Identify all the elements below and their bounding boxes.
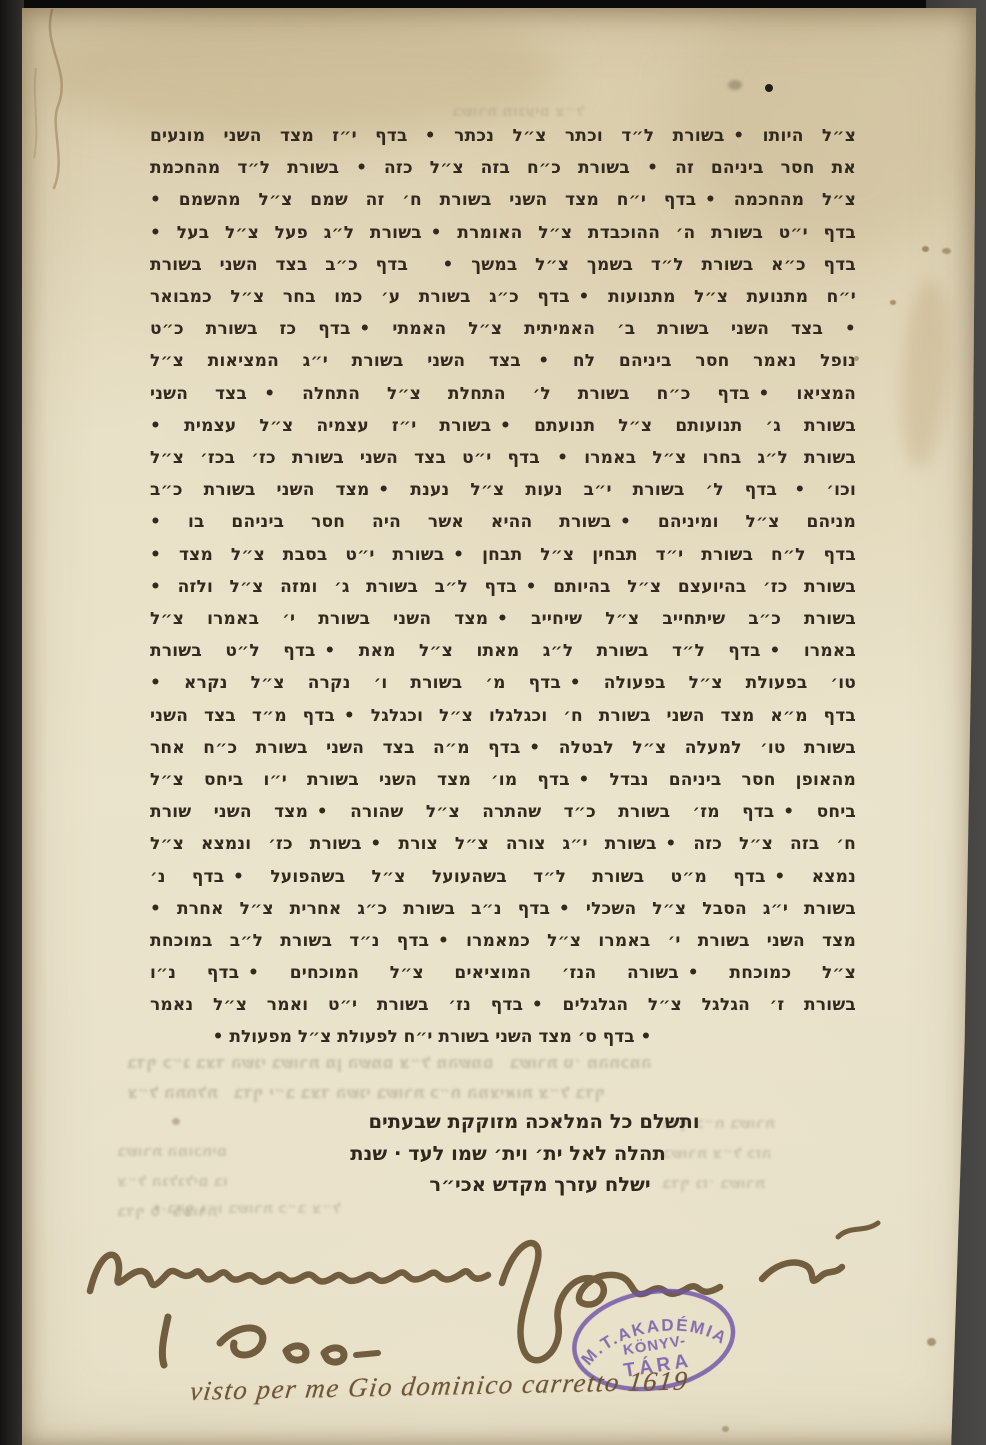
errata-line: המציאו • בדף כ״ח בשורת ל׳ התחלת צ״ל התחל… <box>150 378 856 410</box>
inscription-stroke <box>286 1346 306 1360</box>
scan-background-left <box>0 0 24 1445</box>
corner-pen-mark <box>22 8 132 208</box>
paper-speck <box>942 248 951 254</box>
inscription-stroke <box>162 1317 168 1365</box>
errata-line: בדף כ״א בשורת ל״ד בשמך צ״ל במשך • בדף כ״… <box>150 249 856 281</box>
errata-line: צ״ל כמוכחת • בשורה הנז׳ המוציאים צ״ל המו… <box>150 957 856 989</box>
bleedthrough-line: בדף כ״ג בצד השני בשורת מן השמם צ״ל מהשמם… <box>127 1048 842 1078</box>
inscription-stroke <box>762 1263 842 1281</box>
colophon-line: ישלח עזרך מקדש אכי״ר <box>290 1169 790 1201</box>
inscription-stroke <box>356 1353 378 1355</box>
errata-line: נופל נאמר חסר ביניהם לח • בצד השני בשורת… <box>150 345 856 377</box>
errata-line: בדף ל״ח בשורת י״ד תבחין צ״ל תבחן • בשורת… <box>150 539 856 571</box>
errata-line: ח׳ בזה צ״ל כזה • בשורת י״ג צורה צ״ל צורת… <box>150 828 856 860</box>
bleedthrough-line: צ״ל התחלת בדף י״ב בצד השני בשורת כ״ח המצ… <box>127 1078 842 1108</box>
inscription-stroke <box>220 1328 263 1355</box>
errata-line: בדף מ״א מצד השני בשורת ח׳ וכגלגלו צ״ל וכ… <box>150 700 856 732</box>
errata-line: • בצד השני בשורת ב׳ האמיתית צ״ל האמתי • … <box>150 313 856 345</box>
errata-line: מצד השני בשורת י׳ באמרו צ״ל כמאמרו • בדף… <box>150 925 856 957</box>
bleedthrough-line: בשורת המוכחים <box>117 1136 228 1166</box>
errata-line: בשורת ג׳ תנועותם צ״ל תנועתם • בשורת י״ז … <box>150 410 856 442</box>
errata-line: ביחס • בדף מז׳ בשורת כ״ד שהתרה צ״ל שהורה… <box>150 796 856 828</box>
inscription-stroke <box>324 1348 344 1362</box>
paper-speck <box>927 1338 936 1346</box>
paper-speck <box>890 300 896 305</box>
stain <box>895 277 954 470</box>
errata-line: טו׳ בפעולת צ״ל בפעולה • בדף מ׳ בשורת ו׳ … <box>150 667 856 699</box>
errata-line: בשורת ל״ג בחרו צ״ל באמרו • בדף י״ט בצד ה… <box>150 442 856 474</box>
paper-speck <box>722 1426 729 1432</box>
errata-line: מהאופן חסר ביניהם נבדל • בדף מו׳ מצד השנ… <box>150 764 856 796</box>
errata-line: צ״ל מהחכמה • בדף י״ח מצד השני בשורת ח׳ ז… <box>150 184 856 216</box>
inscription-stroke <box>90 1255 488 1291</box>
errata-line: בשורת כ״ב שיתחייב צ״ל שיחייב • מצד השני … <box>150 603 856 635</box>
handwritten-inscription <box>72 1203 922 1378</box>
printers-dot <box>765 84 773 92</box>
errata-line: בדף י״ט בשורת ה׳ ההוכבדת צ״ל האומרת • בש… <box>150 217 856 249</box>
errata-line: צ״ל היותו • בשורת ל״ד וכתר צ״ל נכתר • בד… <box>150 120 856 152</box>
errata-line: בשורת ז׳ הגלגל צ״ל הגלגלים • בדף נז׳ בשו… <box>150 989 856 1021</box>
errata-line: י״ח מתנועת צ״ל מתנועות • בדף כ״ג בשורת ע… <box>150 281 856 313</box>
errata-line: באמרו • בדף ל״ד בשורת ל״ג מאתו צ״ל מאת •… <box>150 635 856 667</box>
colophon-line: ותשלם כל המלאכה מזוקקת שבעתים <box>284 1106 784 1138</box>
colophon: ותשלם כל המלאכה מזוקקת שבעתיםתהלה לאל ית… <box>290 1106 790 1201</box>
book-page: בשורת מונעים צ״ל צ״ל היותו • בשורת ל״ד ו… <box>22 8 978 1445</box>
paper-speck <box>922 246 929 252</box>
scanned-book-page-screenshot: { "document": { "errata_lines": [ "צ״ל ה… <box>0 0 986 1445</box>
errata-line: בשורת כז׳ בהיועצם צ״ל בהיותם • בדף ל״ב ב… <box>150 571 856 603</box>
scan-border-top <box>0 0 986 9</box>
errata-line: את חסר ביניהם זה • בשורת כ״ח בזה צ״ל כזה… <box>150 152 856 184</box>
errata-line: מניהם צ״ל ומיניהם • בשורת ההיא אשר היה ח… <box>150 506 856 538</box>
inscription-stroke <box>838 1223 878 1237</box>
paper-speck <box>172 1118 180 1125</box>
errata-line: בשורת טו׳ למעלה צ״ל לבטלה • בדף מ״ה בצד … <box>150 732 856 764</box>
errata-text-block: צ״ל היותו • בשורת ל״ד וכתר צ״ל נכתר • בד… <box>150 120 856 1022</box>
bleedthrough-line: צ״ל הגלגלים בו <box>117 1166 228 1196</box>
bleedthrough-below-text: בדף כ״ג בצד השני בשורת מן השמם צ״ל מהשמם… <box>127 1048 842 1108</box>
errata-line: נמצא • בדף מ״ט בשורת ל״ד בשהעועל צ״ל בשה… <box>150 861 856 893</box>
errata-line: בשורת י״ג הסבל צ״ל השכלי • בדף נ״ב בשורת… <box>150 893 856 925</box>
printers-dot-faint <box>728 80 742 90</box>
colophon-line: תהלה לאל ית׳ וית׳ שמו לעד · שנת <box>258 1138 758 1170</box>
errata-line: וכו׳ • בדף ל׳ בשורת י״ב נעות צ״ל נענת • … <box>150 474 856 506</box>
